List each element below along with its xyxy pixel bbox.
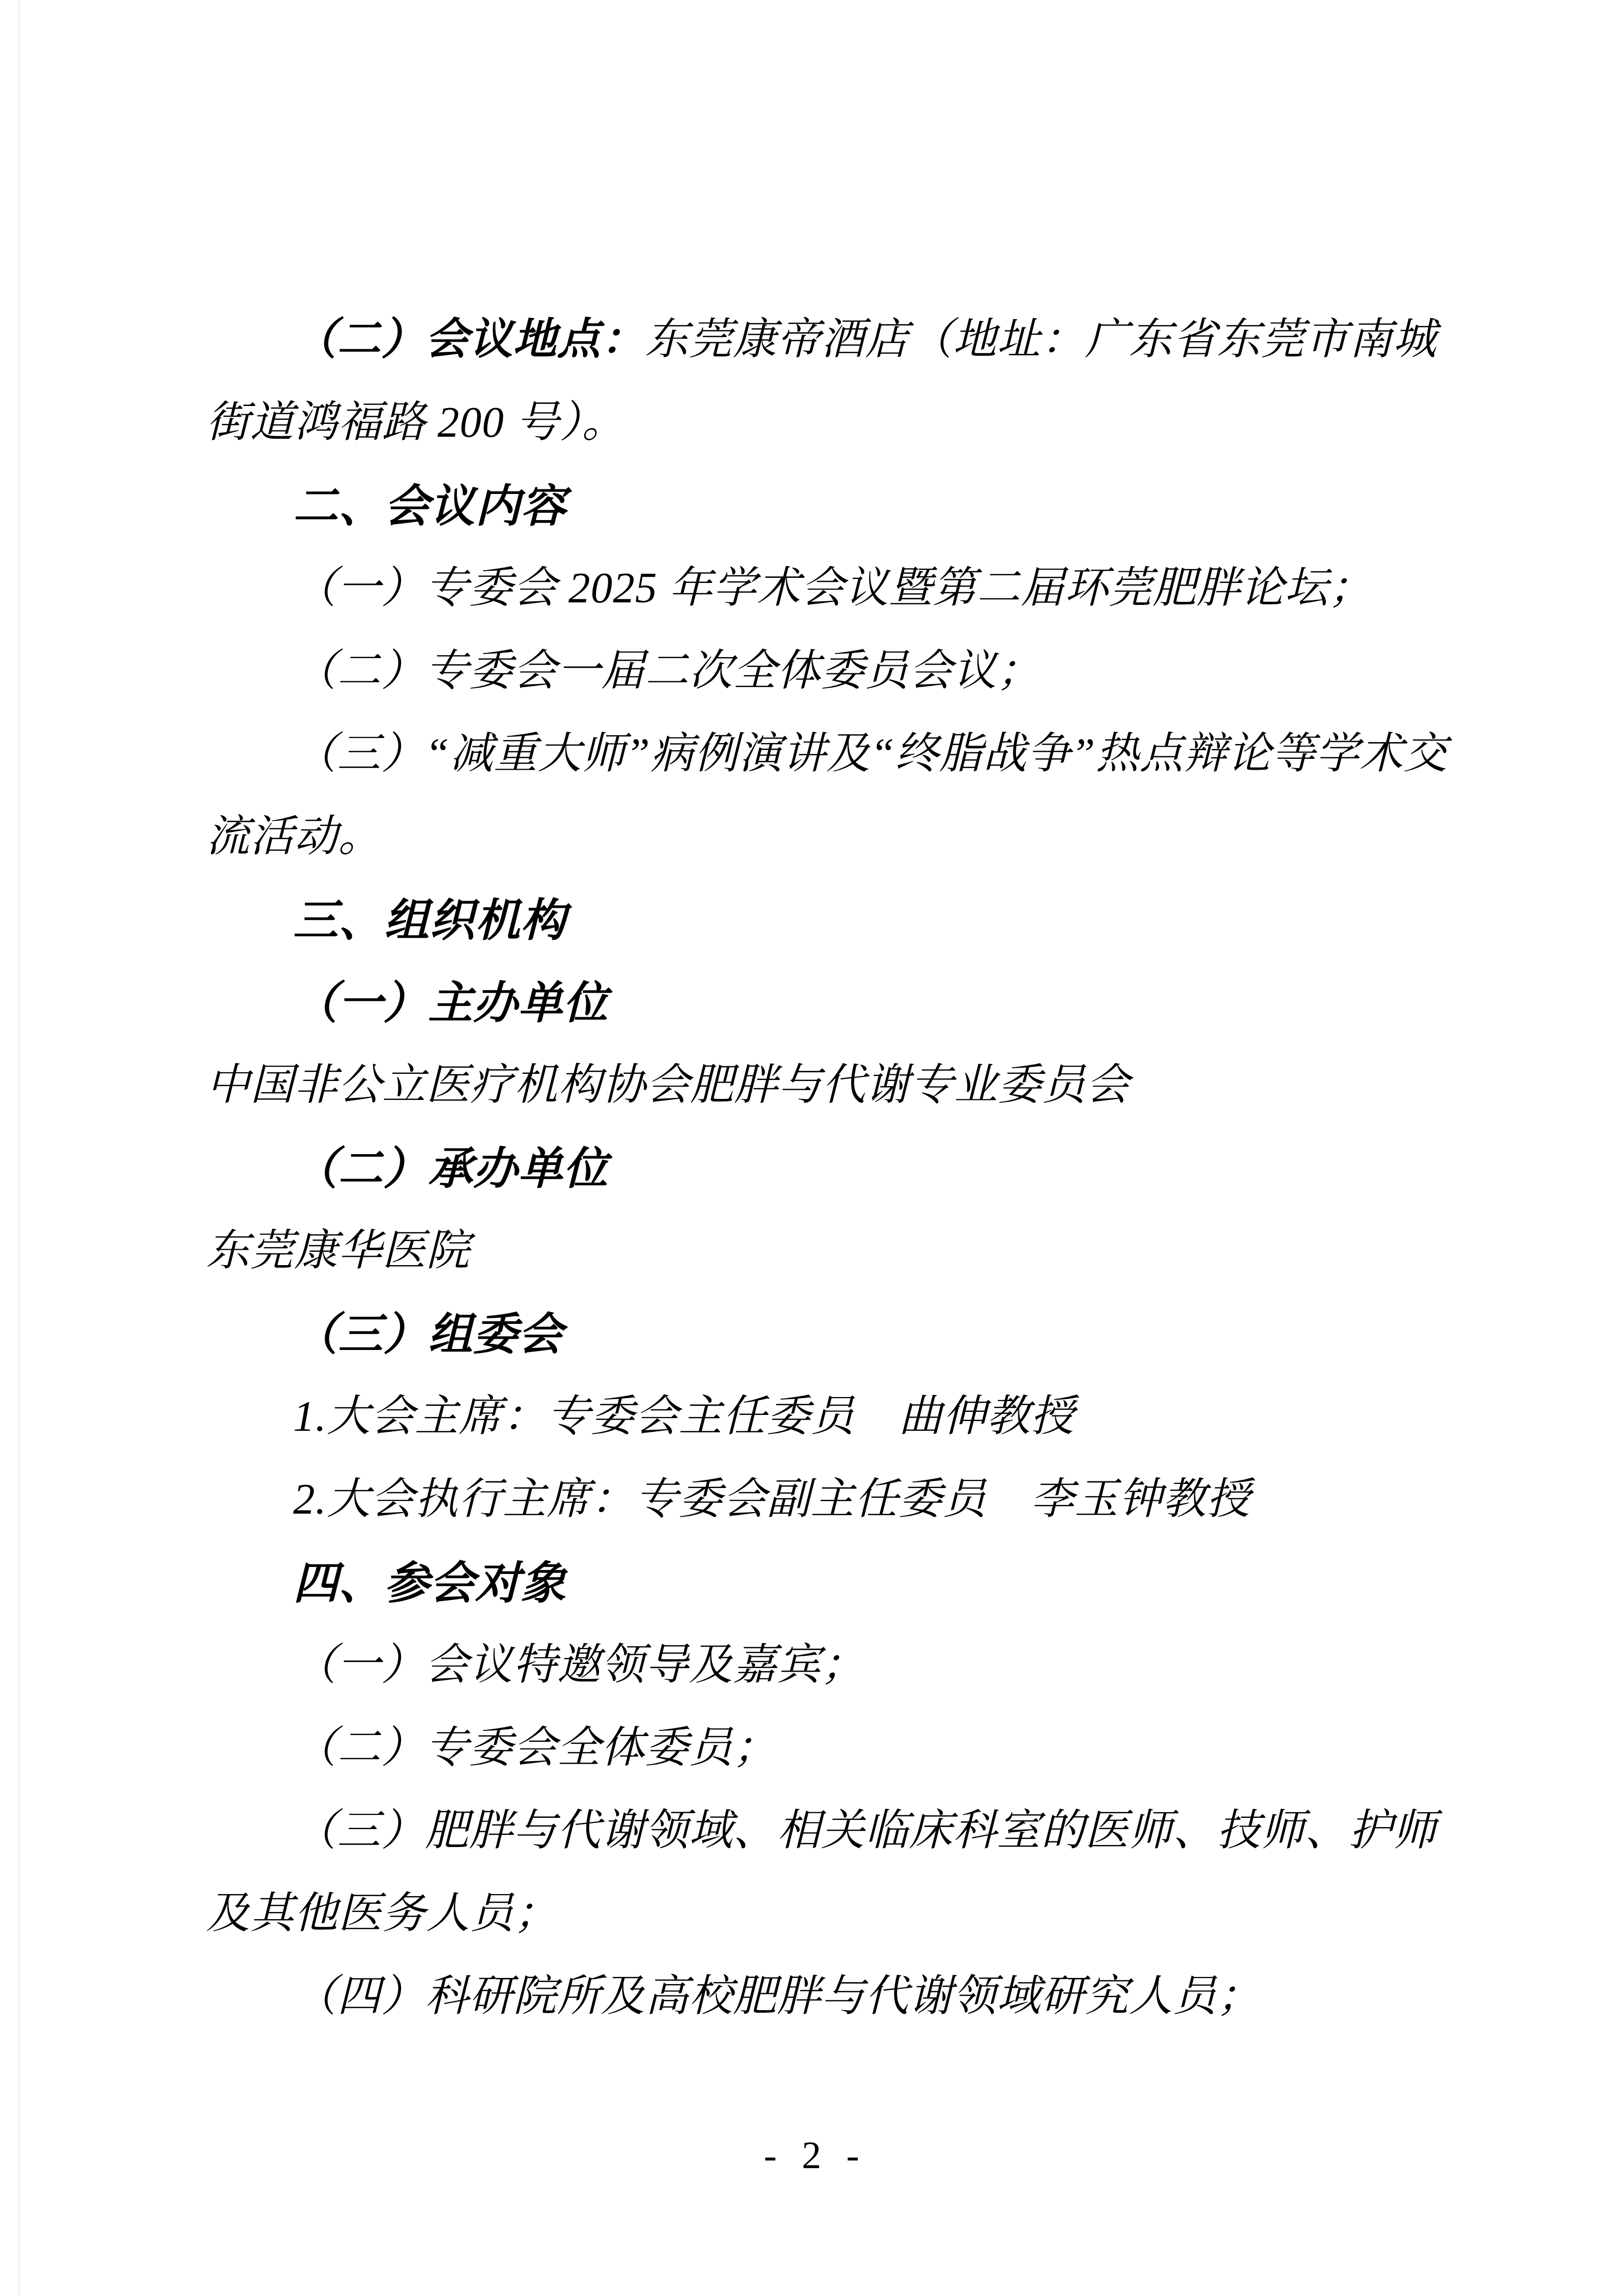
section-heading: 二、会议内容 [293, 483, 566, 530]
section-heading: 四、参会对象 [293, 1560, 566, 1607]
line-text: 东莞康帝酒店（地址：广东省东莞市南城 [645, 316, 1437, 364]
line-text: 街道鸿福路 200 号）。 [206, 398, 626, 446]
line-text: 东莞康华医院 [206, 1227, 470, 1275]
line-text: 流活动。 [206, 813, 382, 861]
line-bold-label: （二）会议地点： [293, 316, 645, 364]
document-line: （三）“减重大师”病例演讲及“终脂战争”热点辩论等学术交 [293, 731, 1448, 777]
page-number: - 2 - [0, 2133, 1624, 2178]
scan-artifact-line [18, 0, 19, 2296]
line-text: （二）专委会一届二次全体委员会议； [293, 647, 1041, 695]
line-text: （二）专委会全体委员； [293, 1724, 777, 1772]
subheading-text: （三）组委会 [293, 1310, 563, 1359]
sub-heading: （二）承办单位 [293, 1145, 608, 1192]
document-page: （二）会议地点：东莞康帝酒店（地址：广东省东莞市南城 街道鸿福路 200 号）。… [0, 0, 1624, 2296]
line-text: （三）肥胖与代谢领域、相关临床科室的医师、技师、护师 [293, 1807, 1437, 1855]
line-text: （一）专委会 2025 年学术会议暨第二届环莞肥胖论坛； [293, 564, 1373, 612]
line-text: 及其他医务人员； [206, 1889, 558, 1938]
document-line: 街道鸿福路 200 号）。 [206, 400, 626, 445]
document-line: （二）专委会全体委员； [293, 1725, 777, 1771]
document-line: 及其他医务人员； [206, 1891, 558, 1937]
document-line: 1.大会主席：专委会主任委员 曲伸教授 [293, 1394, 1075, 1439]
document-line: （四）科研院所及高校肥胖与代谢领域研究人员； [293, 1974, 1261, 2019]
line-text: （一）会议特邀领导及嘉宾； [293, 1641, 865, 1689]
heading-text: 二、会议内容 [293, 481, 566, 531]
sub-heading: （三）组委会 [293, 1311, 563, 1358]
document-line: （二）会议地点：东莞康帝酒店（地址：广东省东莞市南城 [293, 317, 1437, 363]
page-number-text: - 2 - [764, 2134, 860, 2177]
line-text: （四）科研院所及高校肥胖与代谢领域研究人员； [293, 1972, 1261, 2020]
document-line: （二）专委会一届二次全体委员会议； [293, 648, 1041, 694]
line-text: 1.大会主席：专委会主任委员 曲伸教授 [293, 1392, 1075, 1440]
document-line: 东莞康华医院 [206, 1228, 470, 1274]
document-line: 中国非公立医疗机构协会肥胖与代谢专业委员会 [206, 1063, 1130, 1108]
document-line: （三）肥胖与代谢领域、相关临床科室的医师、技师、护师 [293, 1808, 1437, 1854]
document-line: （一）会议特邀领导及嘉宾； [293, 1642, 865, 1688]
section-heading: 三、组织机构 [293, 897, 566, 944]
heading-text: 三、组织机构 [293, 895, 566, 946]
sub-heading: （一）主办单位 [293, 980, 608, 1026]
subheading-text: （二）承办单位 [293, 1144, 608, 1194]
document-line: 2.大会执行主席：专委会副主任委员 李玉钟教授 [293, 1477, 1251, 1522]
document-line: 流活动。 [206, 814, 382, 860]
line-text: 中国非公立医疗机构协会肥胖与代谢专业委员会 [206, 1061, 1130, 1109]
document-line: （一）专委会 2025 年学术会议暨第二届环莞肥胖论坛； [293, 566, 1373, 611]
line-text: （三）“减重大师”病例演讲及“终脂战争”热点辩论等学术交 [293, 730, 1448, 778]
subheading-text: （一）主办单位 [293, 978, 608, 1028]
heading-text: 四、参会对象 [293, 1558, 566, 1608]
line-text: 2.大会执行主席：专委会副主任委员 李玉钟教授 [293, 1475, 1251, 1523]
